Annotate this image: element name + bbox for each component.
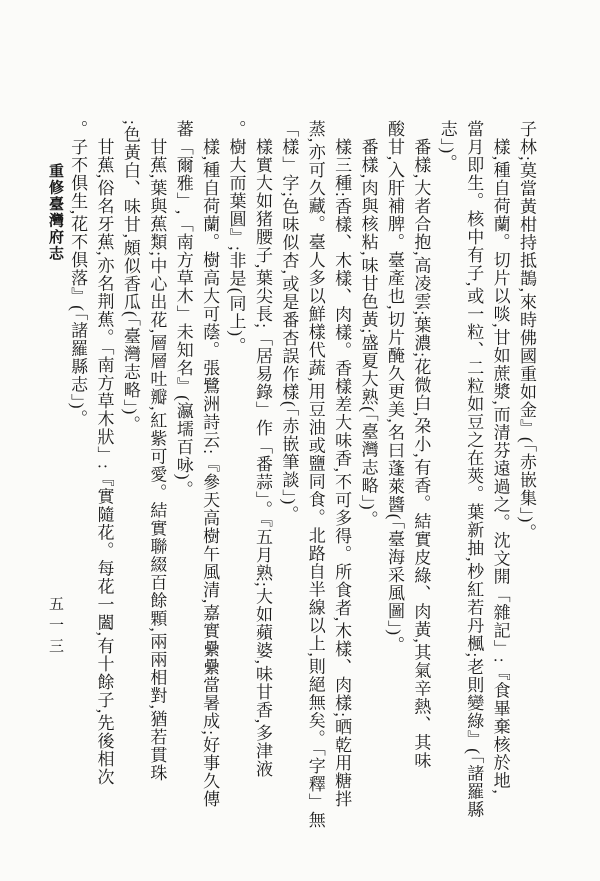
text-column-07: 番樣,肉與核粘,味甘色黃;盛夏大熟(「臺灣志略」)。: [354, 120, 380, 881]
text-column-12: 。樹大而葉圓』;非是(同上)。: [222, 120, 248, 881]
text-column-05: 番樣,大者合抱,高凌雲;葉濃;花微白,朶小,有香。結實皮綠、肉黃,其氣辛熱、其味: [407, 120, 433, 881]
text-column-04: 志」)。: [433, 120, 459, 881]
text-column-18: 。子不俱生,花不俱落』(「諸羅縣志」)。: [64, 120, 90, 881]
text-column-16: ;色黃白、味甘,頗似香瓜(「臺灣志略」)。: [117, 120, 143, 881]
text-column-01: 子林;莫當黃柑持抵鵲,來時佛國重如金』(「赤嵌集」)。: [513, 120, 539, 881]
text-column-15: 甘蕉,葉與蕉類;中心出花,層層吐瓣,紅紫可愛。結實聯綴百餘顆,兩兩相對,猶若貫珠: [143, 120, 169, 881]
text-column-02: 樣,種自荷蘭。切片以啖,甘如蔗漿,而清芬遠過之。沈文開「雜記」:『食畢棄核於地,: [486, 120, 512, 881]
text-column-10: 「樣」字;色味似杏,或是番杏誤作樣(「赤嵌筆談」)。: [275, 120, 301, 881]
text-column-09: 蒸,亦可久藏。臺人多以鮮樣代蔬,用豆油或鹽同食。北路自半線以上,則絕無矣。「字釋…: [301, 120, 327, 881]
text-column-14: 蕃「爾雅」,「南方草木」未知名』(瀛壖百咏)。: [169, 120, 195, 881]
text-column-11: 樣實大如猪腰子,葉尖長;「居易錄」作「番蒜」。『五月熟;大如蘋婆,味甘香,多津液: [249, 120, 275, 881]
scanned-book-page: 重修臺灣府志 五一三 子林;莫當黃柑持抵鵲,來時佛國重如金』(「赤嵌集」)。 樣…: [0, 0, 600, 881]
vertical-text-block: 子林;莫當黃柑持抵鵲,來時佛國重如金』(「赤嵌集」)。 樣,種自荷蘭。切片以啖,…: [64, 120, 539, 881]
text-column-03: 當月即生。核中有子,或一粒、二粒如豆之在莢。葉新抽,杪紅若丹楓;老則變綠』(「諸…: [460, 120, 486, 881]
text-column-17: 甘蕉,俗名牙蕉,亦名荆蕉。「南方草木狀」:『實隨花。每花一闔,有十餘子,先後相次: [90, 120, 116, 881]
text-column-13: 樣,種自荷蘭。樹高大可蔭。張鷺洲詩云:『參天高樹午風清,嘉實纍纍當暑成;好事久傳: [196, 120, 222, 881]
text-column-08: 樣三種:香樣、木樣、肉樣。香樣差大味香,不可多得。所食者,木樣、肉樣;晒乾用糖拌: [328, 120, 354, 881]
text-column-06: 酸甘,入肝補脾。臺產也,切片醃久更美,名曰蓬萊醬(「臺海采風圖」)。: [381, 120, 407, 881]
